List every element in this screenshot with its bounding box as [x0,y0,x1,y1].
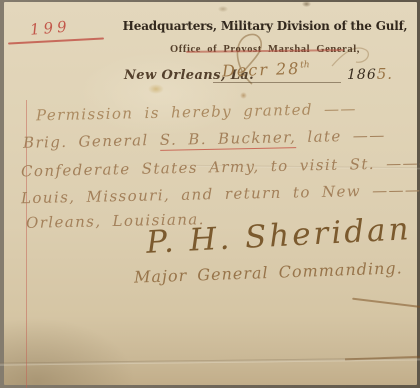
body-line-2-suffix: late —— [296,126,386,146]
stain-streak [352,298,420,309]
stain-spot [240,92,247,99]
signature-title: Major General Commanding. [134,258,403,286]
name-underlined-red: S. B. Buckner, [160,128,297,151]
year: 1865. [347,65,393,83]
body-line-4: Louis, Missouri, and return to New ——— [21,181,420,207]
stain-spot [302,1,311,7]
date-handwritten: Decr 28th [222,58,310,80]
body-line-2-prefix: Brig. General [23,131,160,152]
document-photo: 199 Headquarters, Military Division of t… [0,0,420,388]
dateline-rule [213,82,341,83]
year-handwritten: 5. [377,65,393,83]
year-printed: 186 [347,67,377,83]
stain-spot [148,84,164,94]
date-ordinal: th [300,60,310,70]
letterhead-org: Headquarters, Military Division of the G… [116,19,414,33]
document-content: 199 Headquarters, Military Division of t… [0,0,420,388]
body-line-3: Confederate States Army, to visit St. ——… [21,154,420,181]
body-line-1: Permission is hereby granted —— [36,100,357,125]
date-day: Decr 28 [222,59,301,81]
stain-spot [218,6,228,12]
page-number: 199 [29,17,71,38]
body-line-2: Brig. General S. B. Buckner, late —— [23,126,386,152]
page-number-underline [8,37,104,44]
